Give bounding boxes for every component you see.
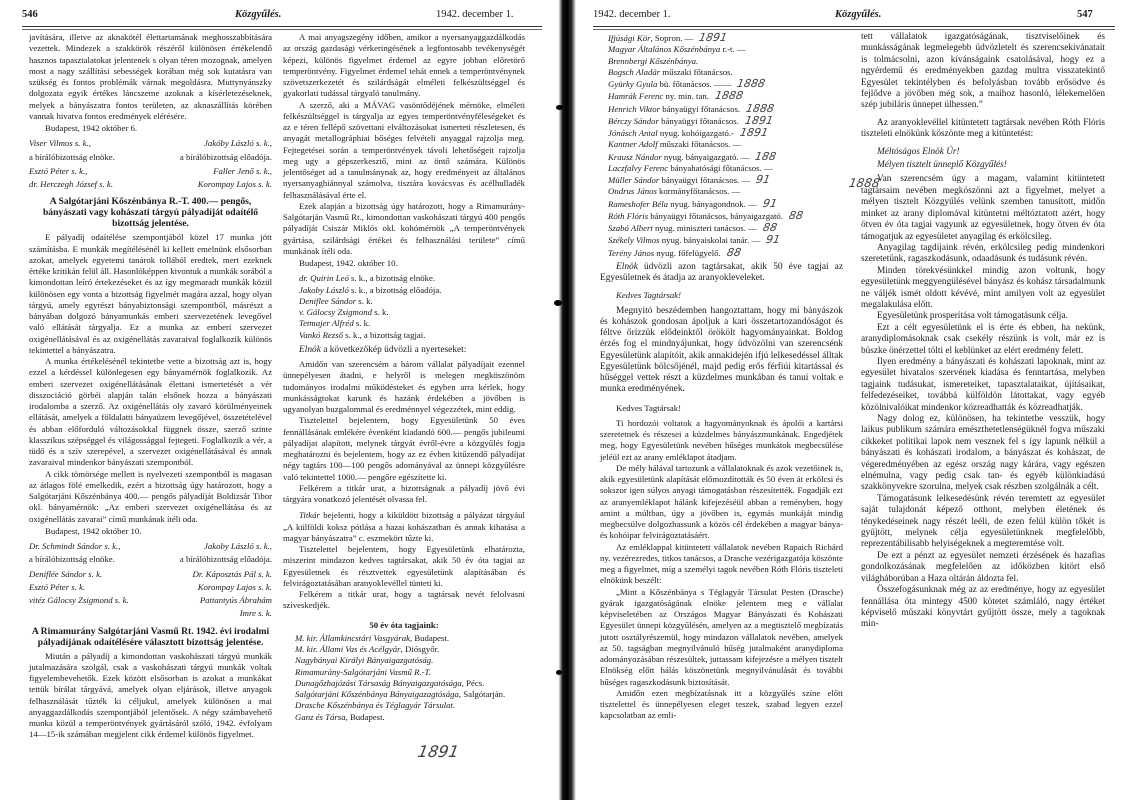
list-item: Hamrák Ferenc ny. min. tan.1888 [608, 90, 843, 102]
salutation: Méltóságos Elnök Úr! [861, 147, 1105, 158]
running-date-right: 1942. december 1. [593, 8, 671, 22]
member-name: Rimamurány-Salgótarjáni Vasmű R.-T. [295, 667, 431, 677]
paragraph: De ezt a pénzt az egyesület nemzeti érzé… [861, 551, 1105, 585]
committee-list: dr. Quirin Leó s. k., a bizottság elnöke… [299, 273, 525, 341]
date-line: Budapest, 1942 október 6. [29, 123, 272, 134]
paragraph: „Mint a Kőszénbánya s Téglagyár Társulat… [600, 587, 843, 688]
list-item: Deniflee Sándor s. k. [299, 296, 525, 307]
members-list: M. kir. Államkincstári Vasgyárak, Budape… [295, 633, 525, 723]
member-detail: s. k. [356, 296, 373, 306]
date-line: Budapest, 1942 október 10. [29, 526, 272, 537]
section-heading: A Rimamurány Salgótarjáni Vasmű Rt. 1942… [29, 626, 272, 648]
member-detail: bányaügyi főtanácsos. [659, 116, 739, 126]
section-body: Van szerencsém úgy a magam, valamint kit… [861, 174, 1105, 630]
signature-right: Faller Jenő s. k., [151, 166, 273, 177]
handwritten-note: 91 [762, 198, 778, 209]
header-rule-left [22, 26, 542, 30]
member-name: Brennbergi Kőszénbánya. [608, 56, 698, 66]
member-detail: műszaki főtanácsos. [660, 67, 733, 77]
member-name: Salgótarjáni Kőszénbánya Bányaigazagtósá… [295, 689, 459, 699]
members-heading: 50 év óta tagjaink: [283, 620, 525, 631]
list-item: Henrich Viktor bányaügyi főtanácsos.1888 [608, 103, 843, 115]
paragraph: Amidőn ezen megbízatásnak itt a közgyűlé… [600, 688, 843, 722]
signature-right: Korompay Lajos s. k. [151, 179, 273, 190]
paragraph: A szerző, aki a MÁVAG vasöntődéjének mér… [283, 100, 525, 201]
greeting: Kedves Tagtársak! [600, 403, 843, 414]
list-item: Salgótarjáni Kőszénbánya Bányaigazagtósá… [295, 689, 525, 700]
member-detail: nyug. kohóigazgató.- [658, 128, 734, 138]
member-detail: , Budapest. [346, 712, 385, 722]
member-detail: s. k. [372, 307, 389, 317]
list-item: Székely Vilmos nyug. bányaiskolai tanár.… [608, 234, 843, 246]
running-title-left: Közgyűlés. [235, 8, 281, 22]
paragraph: Ezek alapján a bizottság úgy határozott,… [283, 201, 525, 257]
handwritten-note: 88 [762, 222, 778, 233]
member-name: Ondrus János [608, 186, 657, 196]
member-name: M. kir. Államkincstári Vasgyárak [295, 633, 410, 643]
member-detail: bü. főtanácsos. —— [657, 79, 731, 89]
member-detail: bányaügyi főtanácsos, bányaigazgató. [648, 211, 783, 221]
paragraph: Megnyitó beszédemben hangoztattam, hogy … [600, 306, 843, 396]
handwritten-note: 1888 [714, 90, 744, 101]
section-body: Ti hordozói voltatok a hagyományoknak és… [600, 418, 843, 722]
handwritten-note: 88 [726, 247, 742, 258]
signature-right: Imre s. k. [151, 608, 273, 619]
intro-paragraph: javítására, illetve az aknakötél élettar… [29, 32, 272, 122]
list-item: Ondrus János kormányfőtanácsos. — [608, 186, 843, 197]
member-name: Krausz Nándor [608, 152, 662, 162]
member-name: Székely Vilmos [608, 235, 660, 245]
signature-left: Esztó Péter s. k., [29, 166, 151, 177]
paragraph: Anyagilag tagdíjaink révén, erkölcsileg … [861, 243, 1105, 266]
list-item: Rimamurány-Salgótarjáni Vasmű R.-T. [295, 667, 525, 678]
member-detail: , Diósgyőr. [401, 644, 440, 654]
member-detail: bányaügyi főtanácsos. — [659, 175, 750, 185]
member-name: Jónásch Antal [608, 128, 658, 138]
member-name: Gyürky Gyula [608, 79, 657, 89]
list-item: Brennbergi Kőszénbánya. [608, 56, 843, 67]
signature-right: Korompay Lajos s. k. [151, 582, 273, 593]
list-item: Róth Flóris bányaügyi főtanácsos, bányai… [608, 210, 843, 222]
signature-right: a bírálóbizottság előadója. [151, 554, 273, 565]
page-number-left: 546 [22, 8, 38, 22]
paragraph: Összefogásunknak még az az eredménye, ho… [861, 585, 1105, 631]
paragraph: Felkérem a titkár urat, hogy a tagtársak… [283, 589, 525, 612]
column-3: Ifjúsági Kör, Sopron. —1891Magyar Általá… [600, 32, 843, 722]
signature-right: Dr. Káposztás Pál s. k. [151, 569, 273, 580]
member-name: Rameshofer Béla [608, 199, 668, 209]
member-detail: kormányfőtanácsos. — [657, 186, 740, 196]
list-item: Vankó Rezső s. k., a bizottság tagjai. [299, 330, 525, 341]
handwritten-note: 1891 [416, 742, 460, 761]
signature-left: Deniflée Sándor s. k. [29, 569, 151, 580]
member-name: Bérczy Sándor [608, 116, 659, 126]
signature-row: dr. Herczegh József s. k.Korompay Lajos … [29, 179, 272, 190]
paragraph: A mai anyagszegény időben, amikor a nyer… [283, 32, 525, 100]
list-item: Jónásch Antal nyug. kohóigazgató.-1891 [608, 127, 843, 139]
margin-note: 1888 [848, 176, 881, 190]
signature-right: Jakóby László s. k., [151, 138, 273, 149]
signature-left: Viser Vilmos s. k., [29, 138, 151, 149]
section-body: E pályadíj odaítélése szempontjából köze… [29, 232, 272, 525]
salutation: Mélyen tisztelt ünneplő Közgyűlés! [861, 160, 1105, 171]
greeting: Kedves Tagtársak! [600, 290, 843, 301]
member-name: Laczfalvy Ferenc [608, 163, 668, 173]
paragraph: Van szerencsém úgy a magam, valamint kit… [861, 174, 1105, 242]
date-line: Budapest, 1942. október 10. [283, 258, 525, 269]
section-body: Amidőn van szerencsém a három vállalat p… [283, 359, 525, 505]
list-item: M. kir. Állami Vas és Acélgyár, Diósgyőr… [295, 644, 525, 655]
paragraph: Támogatásunk lelkesedésünk révén teremte… [861, 494, 1105, 551]
signature-row: vitéz Gálocsy Zsigmond s. k.Pattantyús Á… [29, 595, 272, 606]
paragraph: Felkérem a titkár urat, a bizottságnak a… [283, 483, 525, 506]
member-detail: s. k. [354, 318, 371, 328]
signature-left: vitéz Gálocsy Zsigmond s. k. [29, 595, 151, 606]
signature-row: Esztó Péter s. k.Korompay Lajos s. k. [29, 582, 272, 593]
left-page: 546 Közgyűlés. 1942. december 1. javítás… [0, 0, 548, 800]
book-gutter [548, 0, 583, 800]
paragraph: De mély hálával tartozunk a vállalatokna… [600, 463, 843, 542]
paragraph: tett vállalatok igazgatóságának, tisztvi… [861, 32, 1105, 112]
member-name: Müller Sándor [608, 175, 659, 185]
column-1: javítására, illetve az aknakötél élettar… [29, 32, 272, 741]
member-detail: s. k., a bizottság előadója. [349, 285, 442, 295]
paragraph: A cikk tömörsége mellett is nyelvezeti s… [29, 469, 272, 525]
member-name: Hamrák Ferenc [608, 91, 663, 101]
signature-left: Esztó Péter s. k. [29, 582, 151, 593]
running-date-left: 1942. december 1. [436, 8, 514, 22]
signature-row: Imre s. k. [29, 608, 272, 619]
running-title-right: Közgyűlés. [835, 8, 881, 22]
list-item: Dunagőzhajózási Társaság Bányaigazgatósá… [295, 678, 525, 689]
member-detail: műszaki főtanácsos. — [658, 139, 742, 149]
list-item: dr. Quirin Leó s. k., a bizottság elnöke… [299, 273, 525, 284]
section-body: Miután a pályadíj a kimondottan vaskohás… [29, 651, 272, 741]
member-name: Tetmajer Alfréd [299, 318, 354, 328]
signature-block: Viser Vilmos s. k.,Jakóby László s. k.,a… [29, 138, 272, 163]
list-item: Szabó Albert nyug. miniszteri tanácsos. … [608, 222, 843, 234]
list-item: Magyar Általános Kőszénbánya r.-t. — [608, 44, 843, 55]
member-name: Jakoby László [299, 285, 349, 295]
list-item: Krausz Nándor nyug. bányaigazgató. —188 [608, 151, 843, 163]
member-detail: bányaügyi főtanácsos. [660, 104, 740, 114]
handwritten-note: 1891 [744, 115, 774, 126]
member-detail: nyug. bányaigazgató. — [662, 152, 750, 162]
signature-right: Pattantyús Ábrahám [151, 595, 273, 606]
member-name: Róth Flóris [608, 211, 648, 221]
member-name: Deniflee Sándor [299, 296, 356, 306]
handwritten-note: 1888 [736, 78, 766, 89]
member-name: dr. Quirin Leó [299, 273, 349, 283]
list-item: Kantner Adolf műszaki főtanácsos. — [608, 139, 843, 150]
list-item: v. Gálocsy Zsigmond s. k. [299, 307, 525, 318]
member-name: Szabó Albert [608, 223, 653, 233]
member-name: Vankó Rezső [299, 330, 343, 340]
list-item: Drasche Kőszénbánya és Téglagyár Társula… [295, 700, 525, 711]
list-item: Nagybányai Királyi Bányaigazgatóság. [295, 655, 525, 666]
member-name: Dunagőzhajózási Társaság Bányaigazgatósá… [295, 678, 462, 688]
member-name: Henrich Viktor [608, 104, 660, 114]
member-detail: , Salgótarján. [459, 689, 505, 699]
list-item: Tetmajer Alfréd s. k. [299, 318, 525, 329]
member-name: Ganz és Társa [295, 712, 346, 722]
paragraph: Egyesületünk prosperítása volt támogatás… [861, 311, 1105, 322]
member-name: v. Gálocsy Zsigmond [299, 307, 372, 317]
paragraph: E pályadíj odaítélése szempontjából köze… [29, 232, 272, 356]
handwritten-note: 88 [788, 210, 804, 221]
list-item: Bogsch Aladár műszaki főtanácsos. [608, 67, 843, 78]
paragraph: Az emléklappal kitüntetett vállalatok ne… [600, 542, 843, 587]
header-rule-right [593, 26, 1115, 30]
signature-block: Esztó Péter s. k.,Faller Jenő s. k.,dr. … [29, 166, 272, 191]
signature-row: a bírálóbizottság elnöke.a bírálóbizotts… [29, 554, 272, 565]
member-detail: nyug. miniszteri tanácsos. — [653, 223, 757, 233]
list-item: M. kir. Államkincstári Vasgyárak, Budape… [295, 633, 525, 644]
list-item: Ifjúsági Kör, Sopron. —1891 [608, 32, 843, 44]
paragraph: Minden törekvésünkkel mindig azon voltun… [861, 266, 1105, 312]
paragraph: Tisztelettel bejelentem, hogy Egyesületü… [283, 415, 525, 483]
paragraph: Az aranyoklevéllel kitüntetett tagtársak… [861, 118, 1105, 141]
signature-left [29, 608, 151, 619]
member-detail: nyug. bányagondnok. — [668, 199, 757, 209]
member-detail: bányahatósági főtanácsos. — [668, 163, 772, 173]
member-detail: s. k., a bizottság tagjai. [343, 330, 425, 340]
list-item: Jakoby László s. k., a bizottság előadój… [299, 285, 525, 296]
member-name: Ifjúsági Kör [608, 33, 651, 43]
list-item: Bérczy Sándor bányaügyi főtanácsos.1891 [608, 115, 843, 127]
member-name: Nagybányai Királyi Bányaigazgatóság. [295, 655, 433, 665]
member-detail: , Pécs. [462, 678, 485, 688]
signature-row: Viser Vilmos s. k.,Jakóby László s. k., [29, 138, 272, 149]
section-heading: A Salgótarjáni Kőszénbánya R.-T. 400.— p… [29, 196, 272, 229]
paragraph: Nagy dolog ez, különösen, ha tekintetbe … [861, 414, 1105, 494]
member-name: M. kir. Állami Vas és Acélgyár [295, 644, 401, 654]
elnok-paragraph: Elnök üdvözli azon tagtársakat, akik 50 … [600, 262, 843, 285]
column-4: tett vállalatok igazgatóságának, tisztvi… [861, 32, 1105, 631]
handwritten-note: 1888 [745, 103, 775, 114]
page-number-right: 547 [1077, 8, 1093, 22]
handwritten-note: 91 [765, 234, 781, 245]
handwritten-note: 91 [755, 174, 771, 185]
right-page: 1942. december 1. Közgyűlés. 547 Ifjúság… [583, 0, 1129, 800]
member-detail: , Budapest. [410, 633, 449, 643]
member-name: Magyar Általános Kőszénbánya [608, 44, 720, 54]
signature-right: a bírálóbizottság előadója. [151, 152, 273, 163]
titkar-paragraph: Titkár bejelenti, hogy a kiküldött bizot… [283, 510, 525, 544]
paragraph: Ti hordozói voltatok a hagyományoknak és… [600, 418, 843, 463]
member-name: Kantner Adolf [608, 139, 658, 149]
signature-left: dr. Herczegh József s. k. [29, 179, 151, 190]
member-name: Bogsch Aladár [608, 67, 660, 77]
signature-row: Deniflée Sándor s. k.Dr. Káposztás Pál s… [29, 569, 272, 580]
member-detail: nyug. bányaiskolai tanár. — [660, 235, 761, 245]
paragraph: Ezt a célt egyesületünk el is érte és eb… [861, 323, 1105, 357]
handwritten-note: 1891 [698, 32, 728, 43]
signature-right: Jakoby László s. k., [151, 541, 273, 552]
signature-row: Esztó Péter s. k.,Faller Jenő s. k., [29, 166, 272, 177]
member-detail: , Sopron. — [651, 33, 694, 43]
signature-left: a bírálóbizottság elnöke. [29, 152, 151, 163]
member-detail: nyug. főfelügyelő. [654, 248, 721, 258]
list-item: Ganz és Társa, Budapest. [295, 712, 525, 723]
paragraph: Ilyen eredmény a bányászati és kohászati… [861, 357, 1105, 414]
member-detail: s. k., a bizottság elnöke. [349, 273, 435, 283]
list-item: Rameshofer Béla nyug. bányagondnok. —91 [608, 198, 843, 210]
handwritten-note: 1891 [739, 127, 769, 138]
signature-left: Dr. Schmindt Sándor s. k., [29, 541, 151, 552]
signature-block: Dr. Schmindt Sándor s. k.,Jakoby László … [29, 541, 272, 566]
signature-row: a bírálóbizottság elnöke.a bírálóbizotts… [29, 152, 272, 163]
column-2: A mai anyagszegény időben, amikor a nyer… [283, 32, 525, 723]
list-item: Terény János nyug. főfelügyelő.88 [608, 247, 843, 259]
member-detail: ny. min. tan. [663, 91, 709, 101]
handwritten-note: 188 [754, 151, 777, 162]
member-name: Terény János [608, 248, 654, 258]
list-item: Laczfalvy Ferenc bányahatósági főtanácso… [608, 163, 843, 174]
list-item: Müller Sándor bányaügyi főtanácsos. —91 [608, 174, 843, 186]
section-body: Tisztelettel bejelentem, hogy Egyesületü… [283, 544, 525, 612]
section-body: A mai anyagszegény időben, amikor a nyer… [283, 32, 525, 257]
signature-block: Deniflée Sándor s. k.Dr. Káposztás Pál s… [29, 569, 272, 620]
member-detail: r.-t. — [720, 44, 745, 54]
members-list: Ifjúsági Kör, Sopron. —1891Magyar Általá… [608, 32, 843, 259]
paragraph: Amidőn van szerencsém a három vállalat p… [283, 359, 525, 415]
elnok-intro: Elnök a következőkép üdvözli a nyertesek… [283, 345, 525, 356]
paragraph: Tisztelettel bejelentem, hogy Egyesületü… [283, 544, 525, 589]
paragraph: A munka értékelésénél tekintetbe vette a… [29, 356, 272, 469]
member-name: Drasche Kőszénbánya és Téglagyár Társula… [295, 700, 455, 710]
signature-left: a bírálóbizottság elnöke. [29, 554, 151, 565]
signature-row: Dr. Schmindt Sándor s. k.,Jakoby László … [29, 541, 272, 552]
